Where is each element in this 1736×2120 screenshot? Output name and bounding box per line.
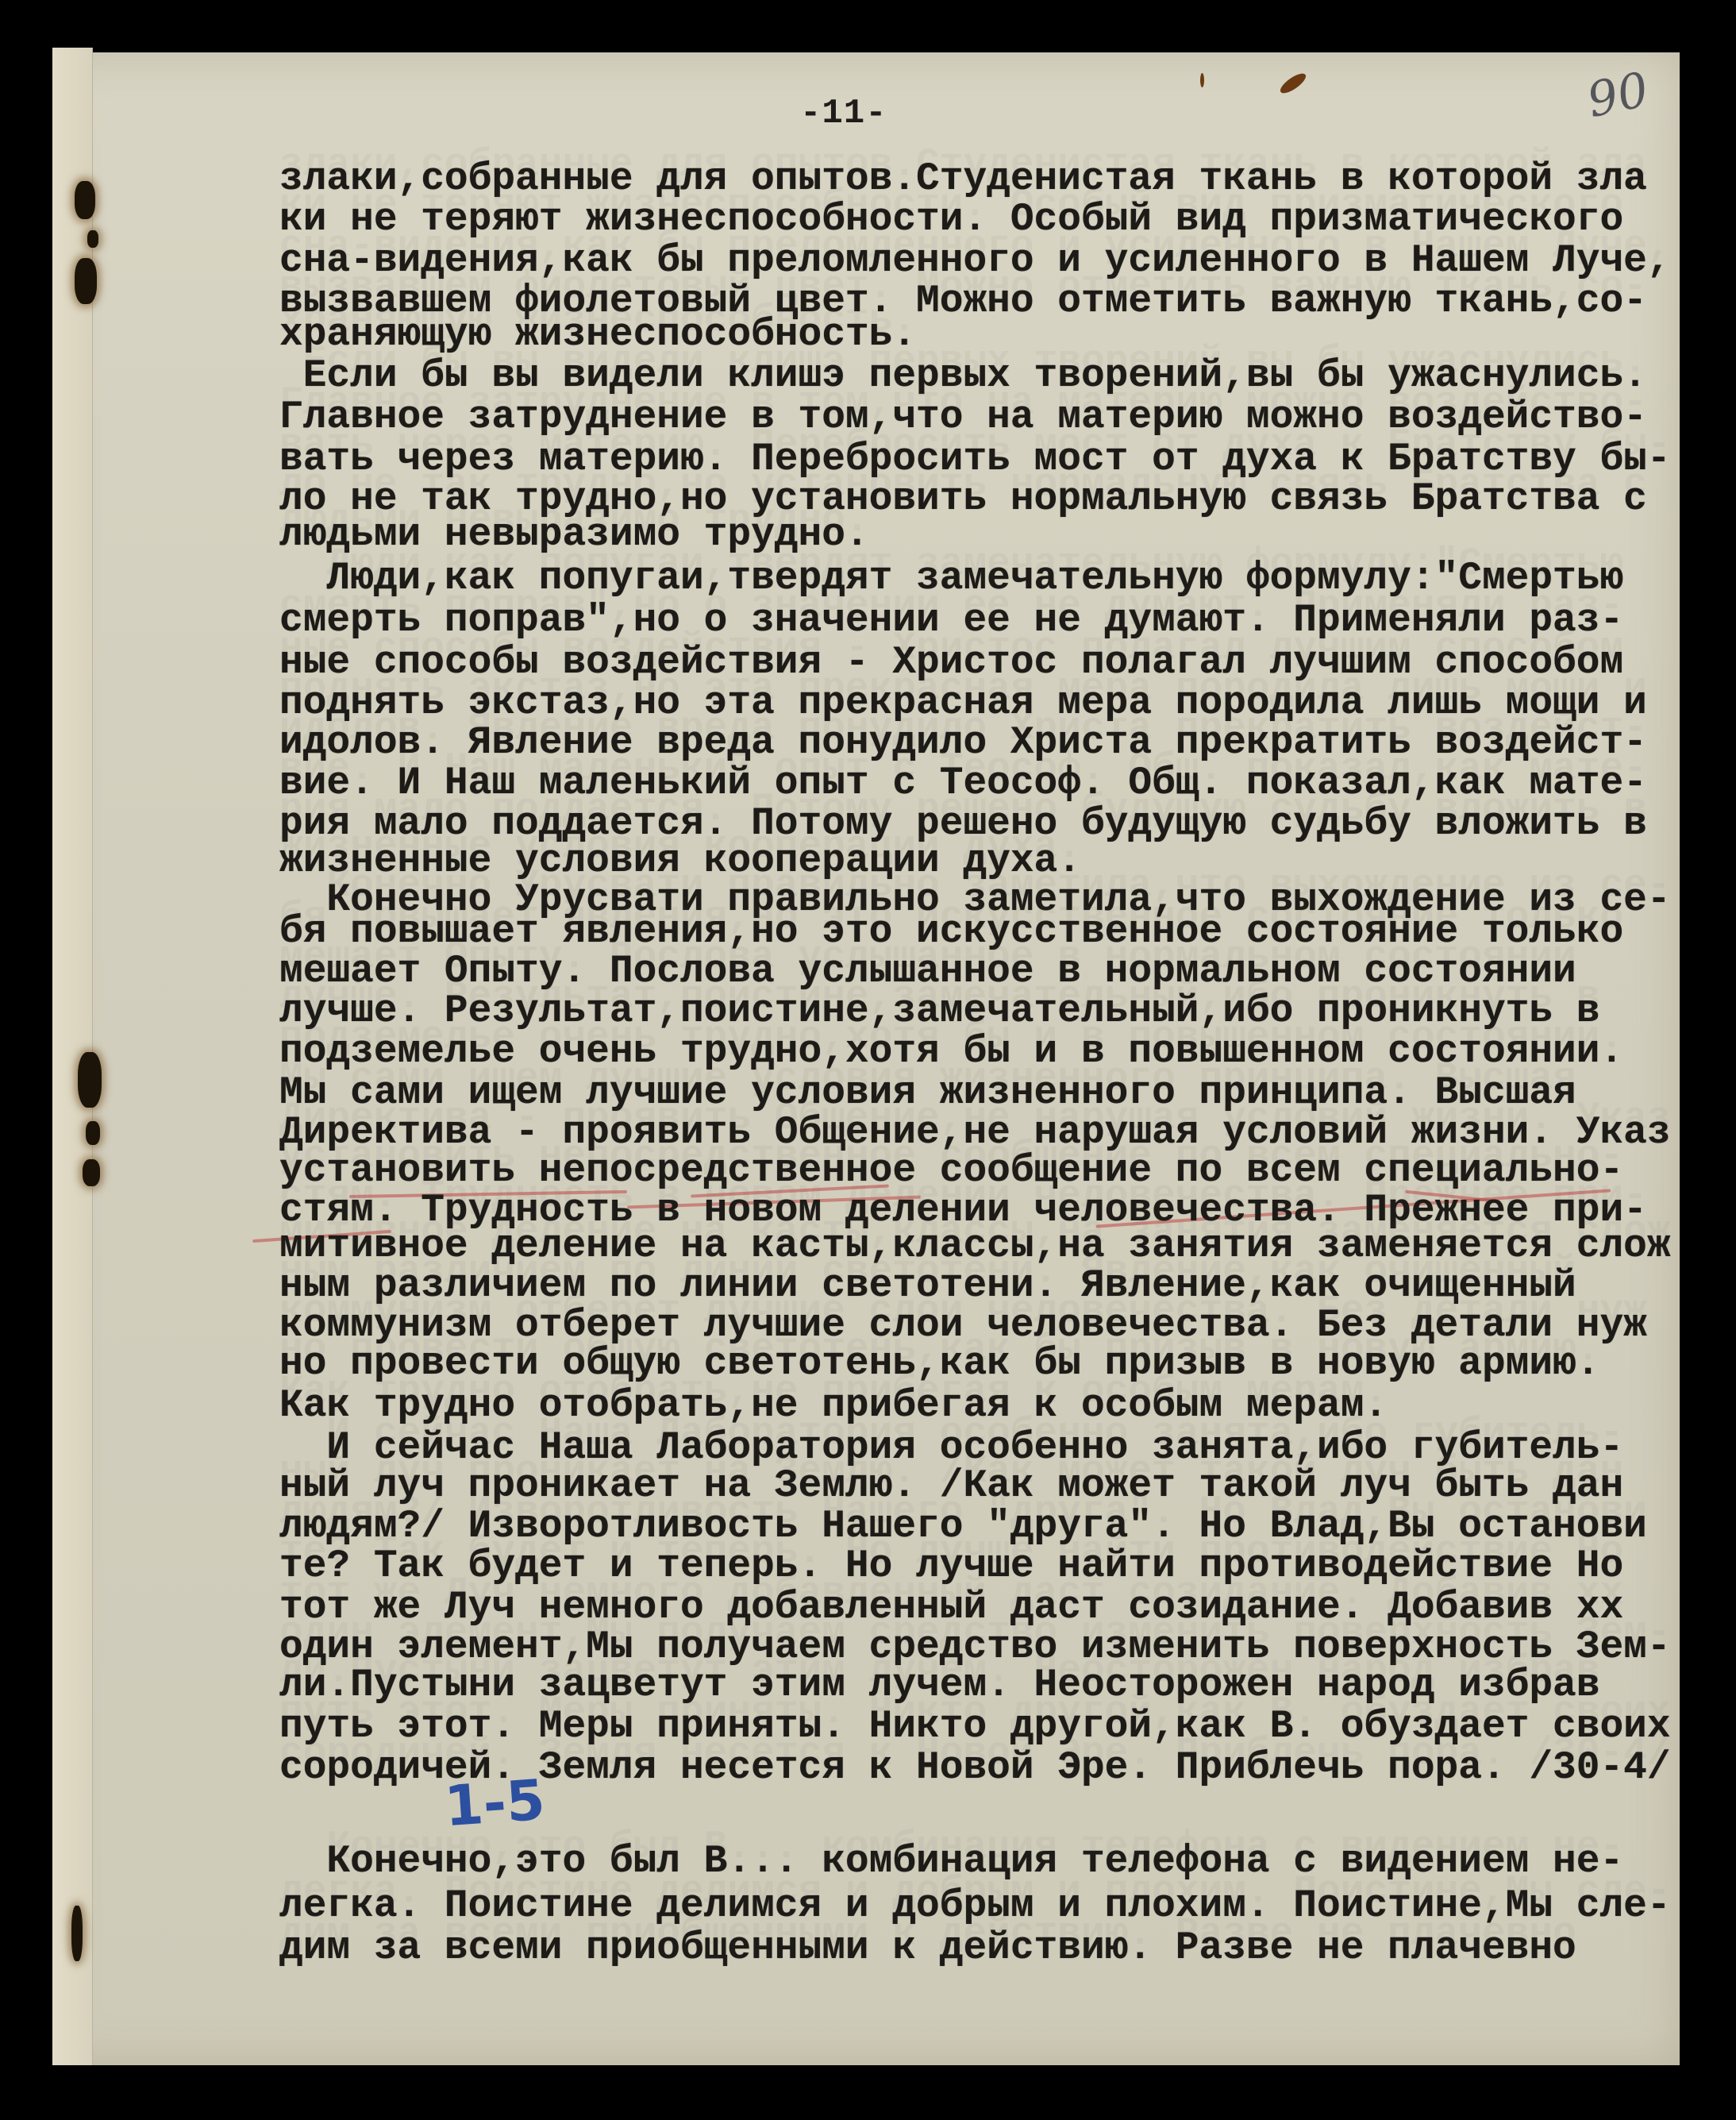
- binding-hole: [86, 1121, 100, 1145]
- text-line: идолов. Явление вреда понудило Христа пр…: [279, 723, 1647, 762]
- text-line: сна-видения,как бы преломленного и усиле…: [279, 241, 1671, 280]
- text-line: смерть поправ",но о значении ее не думаю…: [279, 600, 1623, 640]
- text-line: установить непосредственное сообщение по…: [279, 1151, 1623, 1190]
- text-line: один элемент,Мы получаем средство измени…: [279, 1627, 1671, 1667]
- text-line: Главное затруднение в том,что на материю…: [279, 397, 1647, 437]
- text-line: мешает Опыту. Пословa услышанное в норма…: [279, 951, 1576, 991]
- text-line: Если бы вы видели клишэ первых творений,…: [279, 356, 1647, 395]
- text-line: бя повышает явления,но это искусственное…: [279, 912, 1623, 951]
- text-line: ки не теряют жизнеспособности. Особый ви…: [279, 199, 1623, 239]
- text-line: путь этот. Меры приняты. Никто другой,ка…: [279, 1706, 1671, 1746]
- text-line: вие. И Наш маленький опыт с Теософ. Общ.…: [279, 763, 1647, 803]
- text-line: лучше. Результат,поистине,замечательный,…: [279, 991, 1599, 1031]
- text-line: поднять экстаз,но эта прекрасная мера по…: [279, 683, 1647, 723]
- text-line: дим за всеми приобщенными к действию. Ра…: [279, 1928, 1576, 1968]
- text-line: те? Так будет и теперь. Но лучше найти п…: [279, 1546, 1623, 1586]
- text-line: но провести общую светотень,как бы призы…: [279, 1343, 1599, 1383]
- text-line: людьми невыразимо трудно.: [279, 515, 869, 554]
- text-line: коммунизм отберет лучшие слои человечест…: [279, 1305, 1647, 1345]
- text-line: храняющую жизнеспособность.: [279, 314, 916, 354]
- text-line: ный луч проникает на Землю. /Как может т…: [279, 1466, 1623, 1505]
- text-line: ным различием по линии светотени. Явлени…: [279, 1266, 1576, 1305]
- text-line: Директива - проявить Общение,не нарушая …: [279, 1112, 1671, 1152]
- text-line: злаки,собранные для опытов.Студенистая т…: [279, 159, 1647, 199]
- text-line: ные способы воздействия - Христос полага…: [279, 642, 1623, 682]
- blue-pencil-margin-mark: 1-5: [442, 1767, 547, 1840]
- text-line: тот же Луч немного добавленный даст сози…: [279, 1587, 1623, 1627]
- text-line: легка. Поистине делимся и добрым и плохи…: [279, 1886, 1671, 1925]
- text-line: И сейчас Наша Лаборатория особенно занят…: [279, 1428, 1623, 1467]
- text-line: Как трудно отобрать,не прибегая к особым…: [279, 1386, 1388, 1425]
- text-line: людям?/ Изворотливость Нашего "друга". Н…: [279, 1506, 1647, 1546]
- text-line: вать через материю. Перебросить мост от …: [279, 439, 1671, 479]
- text-line: рия мало поддается. Потому решено будущу…: [279, 804, 1647, 843]
- text-line: жизненные условия кооперации духа.: [279, 841, 1081, 881]
- text-line: Конечно,это был В... комбинация телефона…: [279, 1841, 1623, 1881]
- page-number: -11-: [800, 94, 887, 133]
- binding-hole: [75, 181, 95, 219]
- ink-stain: [1200, 73, 1204, 87]
- text-line: Люди,как попугаи,твердят замечательную ф…: [279, 558, 1623, 598]
- text-line: митивное деление на касты,классы,на заня…: [279, 1226, 1671, 1266]
- text-line: ли.Пустыни зацветут этим лучем. Неосторо…: [279, 1665, 1599, 1705]
- binding-hole: [71, 1906, 83, 1961]
- binding-hole: [83, 1159, 100, 1186]
- text-line: Мы сами ищем лучшие условия жизненного п…: [279, 1073, 1576, 1112]
- binding-hole: [78, 1052, 102, 1108]
- text-line: подземелье очень трудно,хотя бы и в повы…: [279, 1031, 1623, 1071]
- binding-hole: [87, 230, 98, 248]
- binding-hole: [75, 258, 97, 304]
